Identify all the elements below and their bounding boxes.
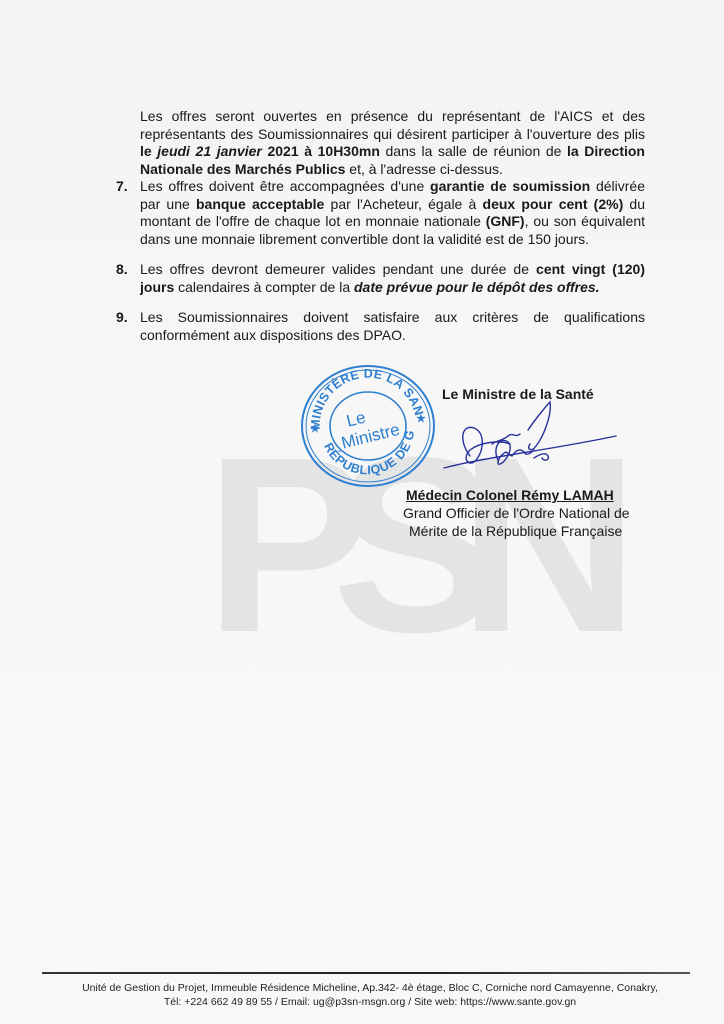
footer-address: Unité de Gestion du Projet, Immeuble Rés…: [40, 981, 700, 995]
footer: Unité de Gestion du Projet, Immeuble Rés…: [40, 981, 700, 1009]
list-item-9: 9. Les Soumissionnaires doivent satisfai…: [108, 309, 645, 344]
footer-contact: Tél: +224 662 49 89 55 / Email: ug@p3sn-…: [40, 995, 700, 1009]
list-item-7: 7. Les offres doivent être accompagnées …: [108, 178, 645, 248]
item-number: 8.: [116, 261, 128, 279]
item-text: Les offres doivent être accompagnées d'u…: [140, 178, 645, 248]
signatory-name: Médecin Colonel Rémy LAMAH: [406, 487, 614, 503]
handwritten-signature-icon: [440, 400, 620, 480]
opening-paragraph: Les offres seront ouvertes en présence d…: [140, 108, 645, 178]
ministry-stamp-icon: MINISTÈRE DE LA SANTÉ RÉPUBLIQUE DE GUIN…: [298, 362, 438, 490]
signatory-distinction-line1: Grand Officier de l'Ordre National de: [403, 505, 630, 521]
footer-divider: [42, 972, 690, 974]
list-item-8: 8. Les offres devront demeurer valides p…: [108, 261, 645, 296]
item-number: 7.: [116, 178, 128, 196]
document-page: PSN Les offres seront ouvertes en présen…: [0, 0, 724, 1024]
svg-text:★: ★: [416, 413, 426, 425]
svg-text:★: ★: [310, 423, 320, 435]
item-number: 9.: [116, 309, 128, 327]
signatory-distinction-line2: Mérite de la République Française: [409, 523, 622, 539]
item-text: Les Soumissionnaires doivent satisfaire …: [140, 309, 645, 344]
item-text: Les offres devront demeurer valides pend…: [140, 261, 645, 296]
